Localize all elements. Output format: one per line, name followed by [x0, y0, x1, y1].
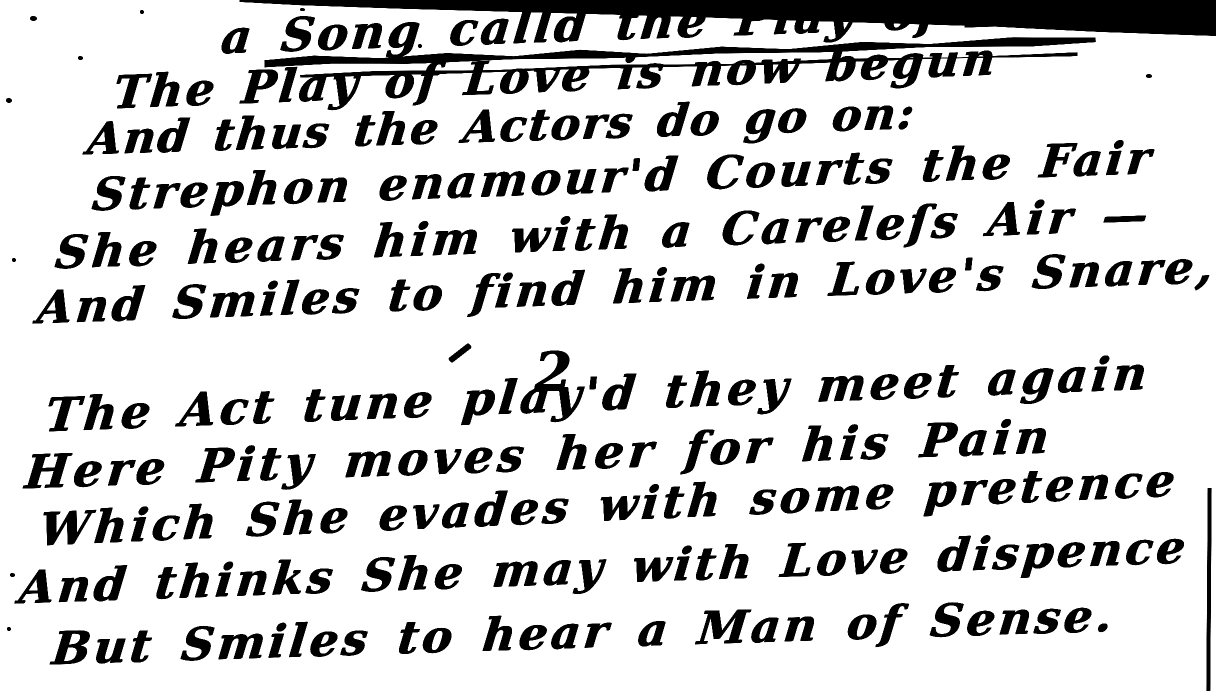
ink-speck	[10, 573, 15, 577]
scan-edge-artifact-right	[1206, 488, 1211, 691]
ink-speck	[6, 98, 12, 103]
ink-speck	[418, 44, 422, 48]
ink-speck	[78, 56, 83, 60]
ink-speck	[12, 258, 16, 262]
ink-stroke-mark	[448, 343, 472, 364]
ink-speck	[140, 10, 144, 14]
ink-speck	[1146, 74, 1152, 78]
ink-speck	[300, 8, 305, 11]
ink-speck	[30, 16, 37, 21]
manuscript-scan-page: a Song calld the Play of Love The Play o…	[0, 0, 1216, 691]
ink-speck	[7, 627, 11, 631]
